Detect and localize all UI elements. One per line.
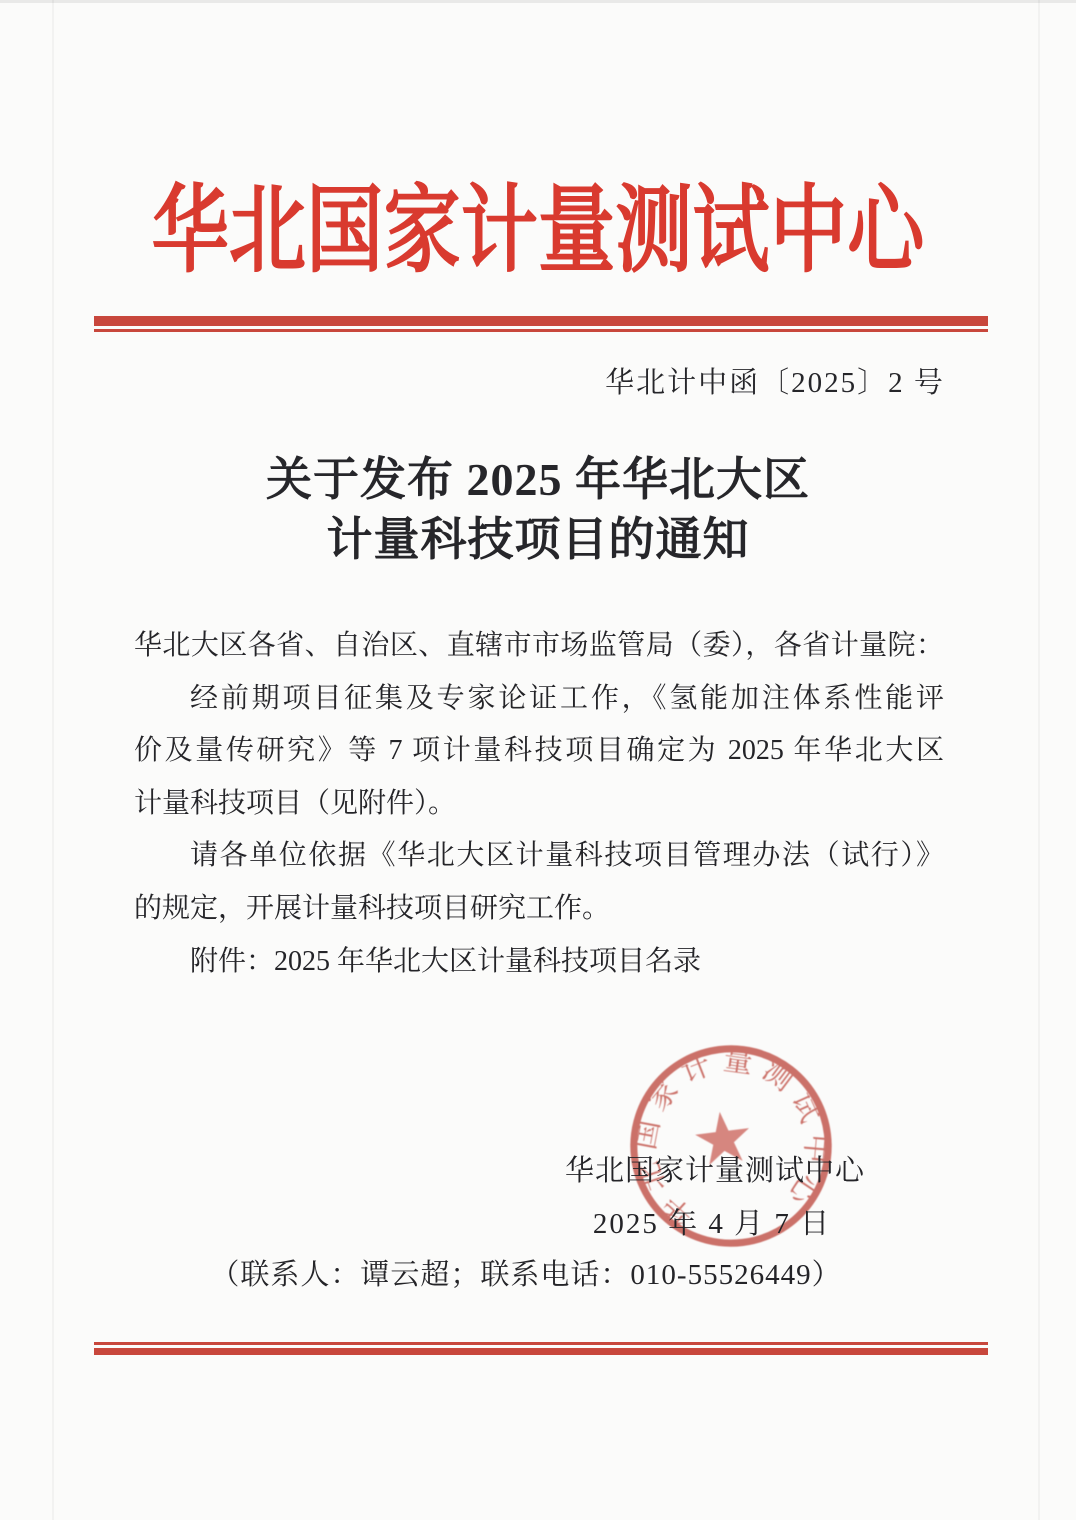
body-line-salutation: 华北大区各省、自治区、直辖市市场监管局（委），各省计量院：	[134, 620, 944, 673]
body-line: 的规定，开展计量科技项目研究工作。	[134, 883, 944, 936]
document-title-line2: 计量科技项目的通知	[0, 510, 1076, 570]
body-line: 经前期项目征集及专家论证工作，《氢能加注体系性能评	[134, 673, 944, 726]
signature-date: 2025 年 4 月 7 日	[174, 1201, 1076, 1242]
body-line: 请各单位依据《华北大区计量科技项目管理办法（试行）》	[134, 830, 944, 883]
document-number: 华北计中函〔2025〕2 号	[237, 360, 1076, 401]
document-title-line1: 关于发布 2025 年华北大区	[0, 450, 1076, 510]
rule-thick-bar	[94, 316, 988, 326]
letterhead-title-text: 华北国家计量测试中心	[152, 170, 925, 293]
footer-rule	[94, 1342, 988, 1355]
contact-info: （联系人：谭云超；联系电话：010-55526449）	[0, 1252, 1064, 1293]
signature-org: 华北国家计量测试中心	[177, 1148, 1076, 1189]
document-page: 华北国家计量测试中心 华北计中函〔2025〕2 号 关于发布 2025 年华北大…	[0, 0, 1076, 1520]
body-paragraphs: 华北大区各省、自治区、直辖市市场监管局（委），各省计量院： 经前期项目征集及专家…	[134, 620, 944, 988]
body-line-attachment: 附件：2025 年华北大区计量科技项目名录	[134, 936, 944, 989]
document-title: 关于发布 2025 年华北大区 计量科技项目的通知	[0, 450, 1076, 570]
letterhead-title: 华北国家计量测试中心	[0, 172, 1076, 317]
rule-thick-bar	[94, 1348, 988, 1355]
rule-thin-bar	[94, 329, 988, 332]
letterhead-divider-rule	[94, 316, 988, 332]
body-line: 价及量传研究》等 7 项计量科技项目确定为 2025 年华北大区	[134, 725, 944, 778]
body-line: 计量科技项目（见附件）。	[134, 778, 944, 831]
scan-artifact-top	[0, 0, 1076, 3]
